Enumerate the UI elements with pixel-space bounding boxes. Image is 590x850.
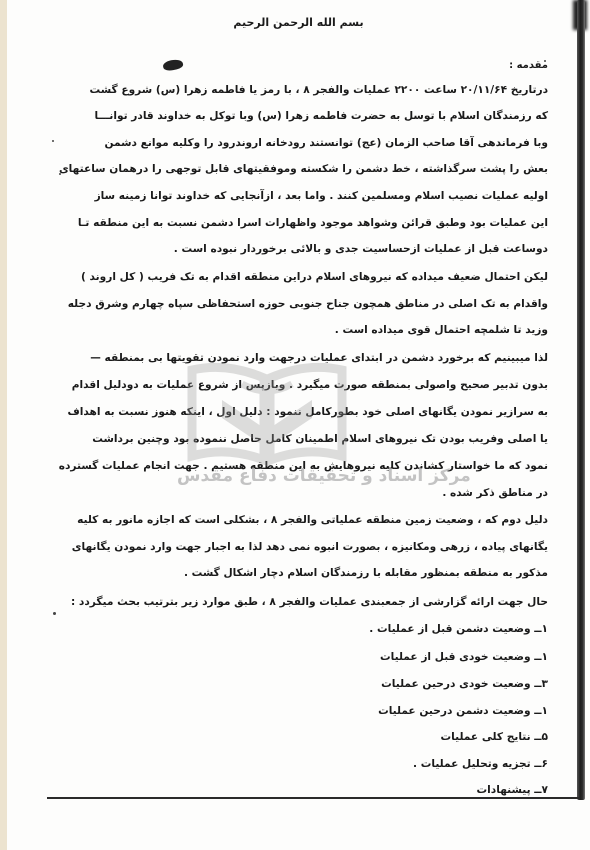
- scanned-document-page: بسم الله الرحمن الرحیم مقدمه : درتاریخ ۲…: [7, 0, 590, 850]
- list-item: ۵ــ نتایج کلی عملیات: [441, 731, 548, 743]
- text-line: که رزمندگان اسلام با توسل به حضرت فاطمه …: [95, 110, 548, 122]
- text-line: حال جهت ارائه گزارشی از جمعبندی عملیات و…: [71, 596, 548, 608]
- list-item: ۱ــ وضعیت دشمن قبل از عملیات .: [369, 623, 548, 635]
- bottom-rule: [47, 797, 579, 799]
- basmala-header: بسم الله الرحمن الرحیم: [7, 16, 590, 29]
- text-line: یا اصلی وفریب بودن تک نیروهای اسلام اطمی…: [92, 433, 548, 445]
- text-line: بدون تدبیر صحیح واصولی بمنطقه صورت میگیر…: [72, 379, 548, 391]
- scan-speck: [59, 173, 61, 175]
- text-line: در مناطق ذکر شده .: [442, 487, 548, 499]
- text-line: به سرازیر نمودن یگانهای اصلی خود بطورکام…: [67, 406, 548, 418]
- text-line: یگانهای پیاده ، زرهی ومکانیزه ، بصورت ان…: [72, 541, 548, 553]
- list-item: ۱ــ وضعیت دشمن درحین عملیات: [378, 705, 548, 717]
- scan-speck: [52, 140, 54, 142]
- watermark-text: مرکز اسناد و تحقیقات دفاع مقدس: [177, 466, 471, 486]
- text-line: وبا فرماندهی آقا صاحب الزمان (عج) توانست…: [105, 137, 549, 149]
- scan-margin-strip: [0, 0, 7, 850]
- text-line: این عملیات بود وطبق قرائن وشواهد موجود و…: [78, 217, 548, 229]
- text-line: لیکن احتمال ضعیف میداده که نیروهای اسلام…: [81, 271, 548, 283]
- text-line: مذکور به منطقه بمنظور مقابله با رزمندگان…: [184, 567, 548, 579]
- binding-edge-shadow: [577, 0, 585, 800]
- text-line: وزید تا شلمچه احتمال قوی میداده است .: [335, 324, 548, 336]
- list-item: ۱ــ وضعیت خودی قبل از عملیات: [380, 651, 548, 663]
- text-line: اولیه عملیات نصیب اسلام ومسلمین کنند . و…: [95, 190, 548, 202]
- scan-speck: [544, 60, 546, 62]
- list-item: ۶ــ تجزیه وتحلیل عملیات .: [413, 758, 548, 770]
- list-item: ۳ــ وضعیت خودی درحین عملیات: [381, 678, 548, 690]
- text-line: درتاریخ ۲۰/۱۱/۶۴ ساعت ۲۲۰۰ عملیات والفجر…: [90, 84, 549, 96]
- text-line: دوساعت قبل از عملیات ازحساسیت جدی و بالا…: [174, 243, 548, 255]
- scan-speck: [53, 612, 56, 615]
- ink-blot: [162, 58, 184, 72]
- text-line: واقدام به تک اصلی در مناطق همچون جناح جن…: [68, 298, 548, 310]
- text-line: دلیل دوم که ، وضعیت زمین منطقه عملیاتی و…: [77, 514, 548, 526]
- text-line: بعش را پشت سرگذاشته ، خط دشمن را شکسته و…: [59, 163, 548, 175]
- section-heading: مقدمه :: [509, 60, 548, 71]
- list-item: ۷ــ پیشنهادات: [477, 784, 549, 796]
- text-line: لذا میبینیم که برخورد دشمن در ابتدای عمل…: [90, 352, 548, 364]
